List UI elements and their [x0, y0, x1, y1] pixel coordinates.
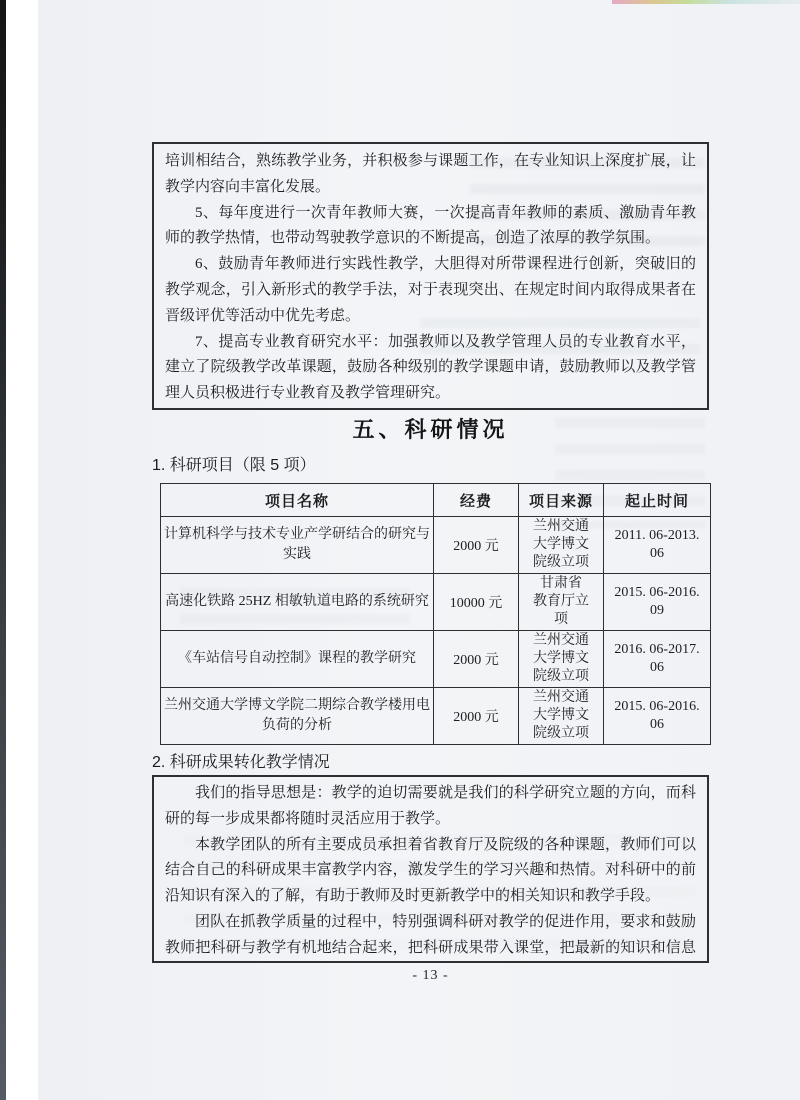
- header-funding: 经费: [434, 484, 519, 517]
- cell-funding: 2000 元: [434, 517, 519, 574]
- subsection-label-results: 2. 科研成果转化教学情况: [152, 749, 330, 772]
- paragraph-team-topics: 本教学团队的所有主要成员承担着省教育厅及院级的各种课题，教师们可以结合自己的科研…: [165, 833, 696, 910]
- cell-period: 2015. 06-2016. 09: [604, 574, 711, 631]
- scanner-background: [6, 0, 38, 1100]
- subsection-label-projects: 1. 科研项目（限 5 项）: [152, 452, 316, 475]
- section-heading-research: 五、科研情况: [152, 413, 709, 444]
- cell-period: 2015. 06-2016. 06: [604, 688, 711, 745]
- cell-project-name: 《车站信号自动控制》课程的教学研究: [161, 631, 434, 688]
- header-source: 项目来源: [519, 484, 604, 517]
- cell-project-name: 兰州交通大学博文学院二期综合教学楼用电负荷的分析: [161, 688, 434, 745]
- cell-funding: 2000 元: [434, 688, 519, 745]
- cell-source: 兰州交通 大学博文 院级立项: [519, 517, 604, 574]
- paragraph-item-7: 7、提高专业教育研究水平：加强教师以及教学管理人员的专业教育水平，建立了院级教学…: [165, 330, 696, 407]
- table-row: 计算机科学与技术专业产学研结合的研究与实践 2000 元 兰州交通 大学博文 院…: [161, 517, 711, 574]
- research-to-teaching-text-box: 我们的指导思想是：教学的迫切需要就是我们的科学研究立题的方向，而科研的每一步成果…: [152, 775, 709, 963]
- research-projects-table: 项目名称 经费 项目来源 起止时间 计算机科学与技术专业产学研结合的研究与实践 …: [160, 483, 711, 745]
- cell-source: 兰州交通 大学博文 院级立项: [519, 688, 604, 745]
- cell-period: 2011. 06-2013. 06: [604, 517, 711, 574]
- cell-funding: 10000 元: [434, 574, 519, 631]
- cell-period: 2016. 06-2017. 06: [604, 631, 711, 688]
- cell-project-name: 高速化铁路 25HZ 相敏轨道电路的系统研究: [161, 574, 434, 631]
- table-row: 高速化铁路 25HZ 相敏轨道电路的系统研究 10000 元 甘肃省 教育厅立 …: [161, 574, 711, 631]
- table-header-row: 项目名称 经费 项目来源 起止时间: [161, 484, 711, 517]
- cell-source: 兰州交通 大学博文 院级立项: [519, 631, 604, 688]
- paragraph-continuation: 培训相结合，熟练教学业务，并积极参与课题工作，在专业知识上深度扩展，让教学内容向…: [165, 149, 696, 201]
- header-project-name: 项目名称: [161, 484, 434, 517]
- header-period: 起止时间: [604, 484, 711, 517]
- table-row: 兰州交通大学博文学院二期综合教学楼用电负荷的分析 2000 元 兰州交通 大学博…: [161, 688, 711, 745]
- cell-funding: 2000 元: [434, 631, 519, 688]
- table-row: 《车站信号自动控制》课程的教学研究 2000 元 兰州交通 大学博文 院级立项 …: [161, 631, 711, 688]
- previous-section-text-box: 培训相结合，熟练教学业务，并积极参与课题工作，在专业知识上深度扩展，让教学内容向…: [152, 142, 709, 410]
- cell-project-name: 计算机科学与技术专业产学研结合的研究与实践: [161, 517, 434, 574]
- paragraph-guiding-thought: 我们的指导思想是：教学的迫切需要就是我们的科学研究立题的方向，而科研的每一步成果…: [165, 781, 696, 833]
- paragraph-item-5: 5、每年度进行一次青年教师大赛，一次提高青年教师的素质、激励青年教师的教学热情，…: [165, 201, 696, 253]
- page-number: - 13 -: [152, 968, 709, 984]
- scan-color-artifact: [612, 0, 800, 4]
- paragraph-quality: 团队在抓教学质量的过程中，特别强调科研对教学的促进作用，要求和鼓励教师把科研与教…: [165, 910, 696, 963]
- paragraph-item-6: 6、鼓励青年教师进行实践性教学，大胆得对所带课程进行创新，突破旧的教学观念，引入…: [165, 252, 696, 329]
- cell-source: 甘肃省 教育厅立 项: [519, 574, 604, 631]
